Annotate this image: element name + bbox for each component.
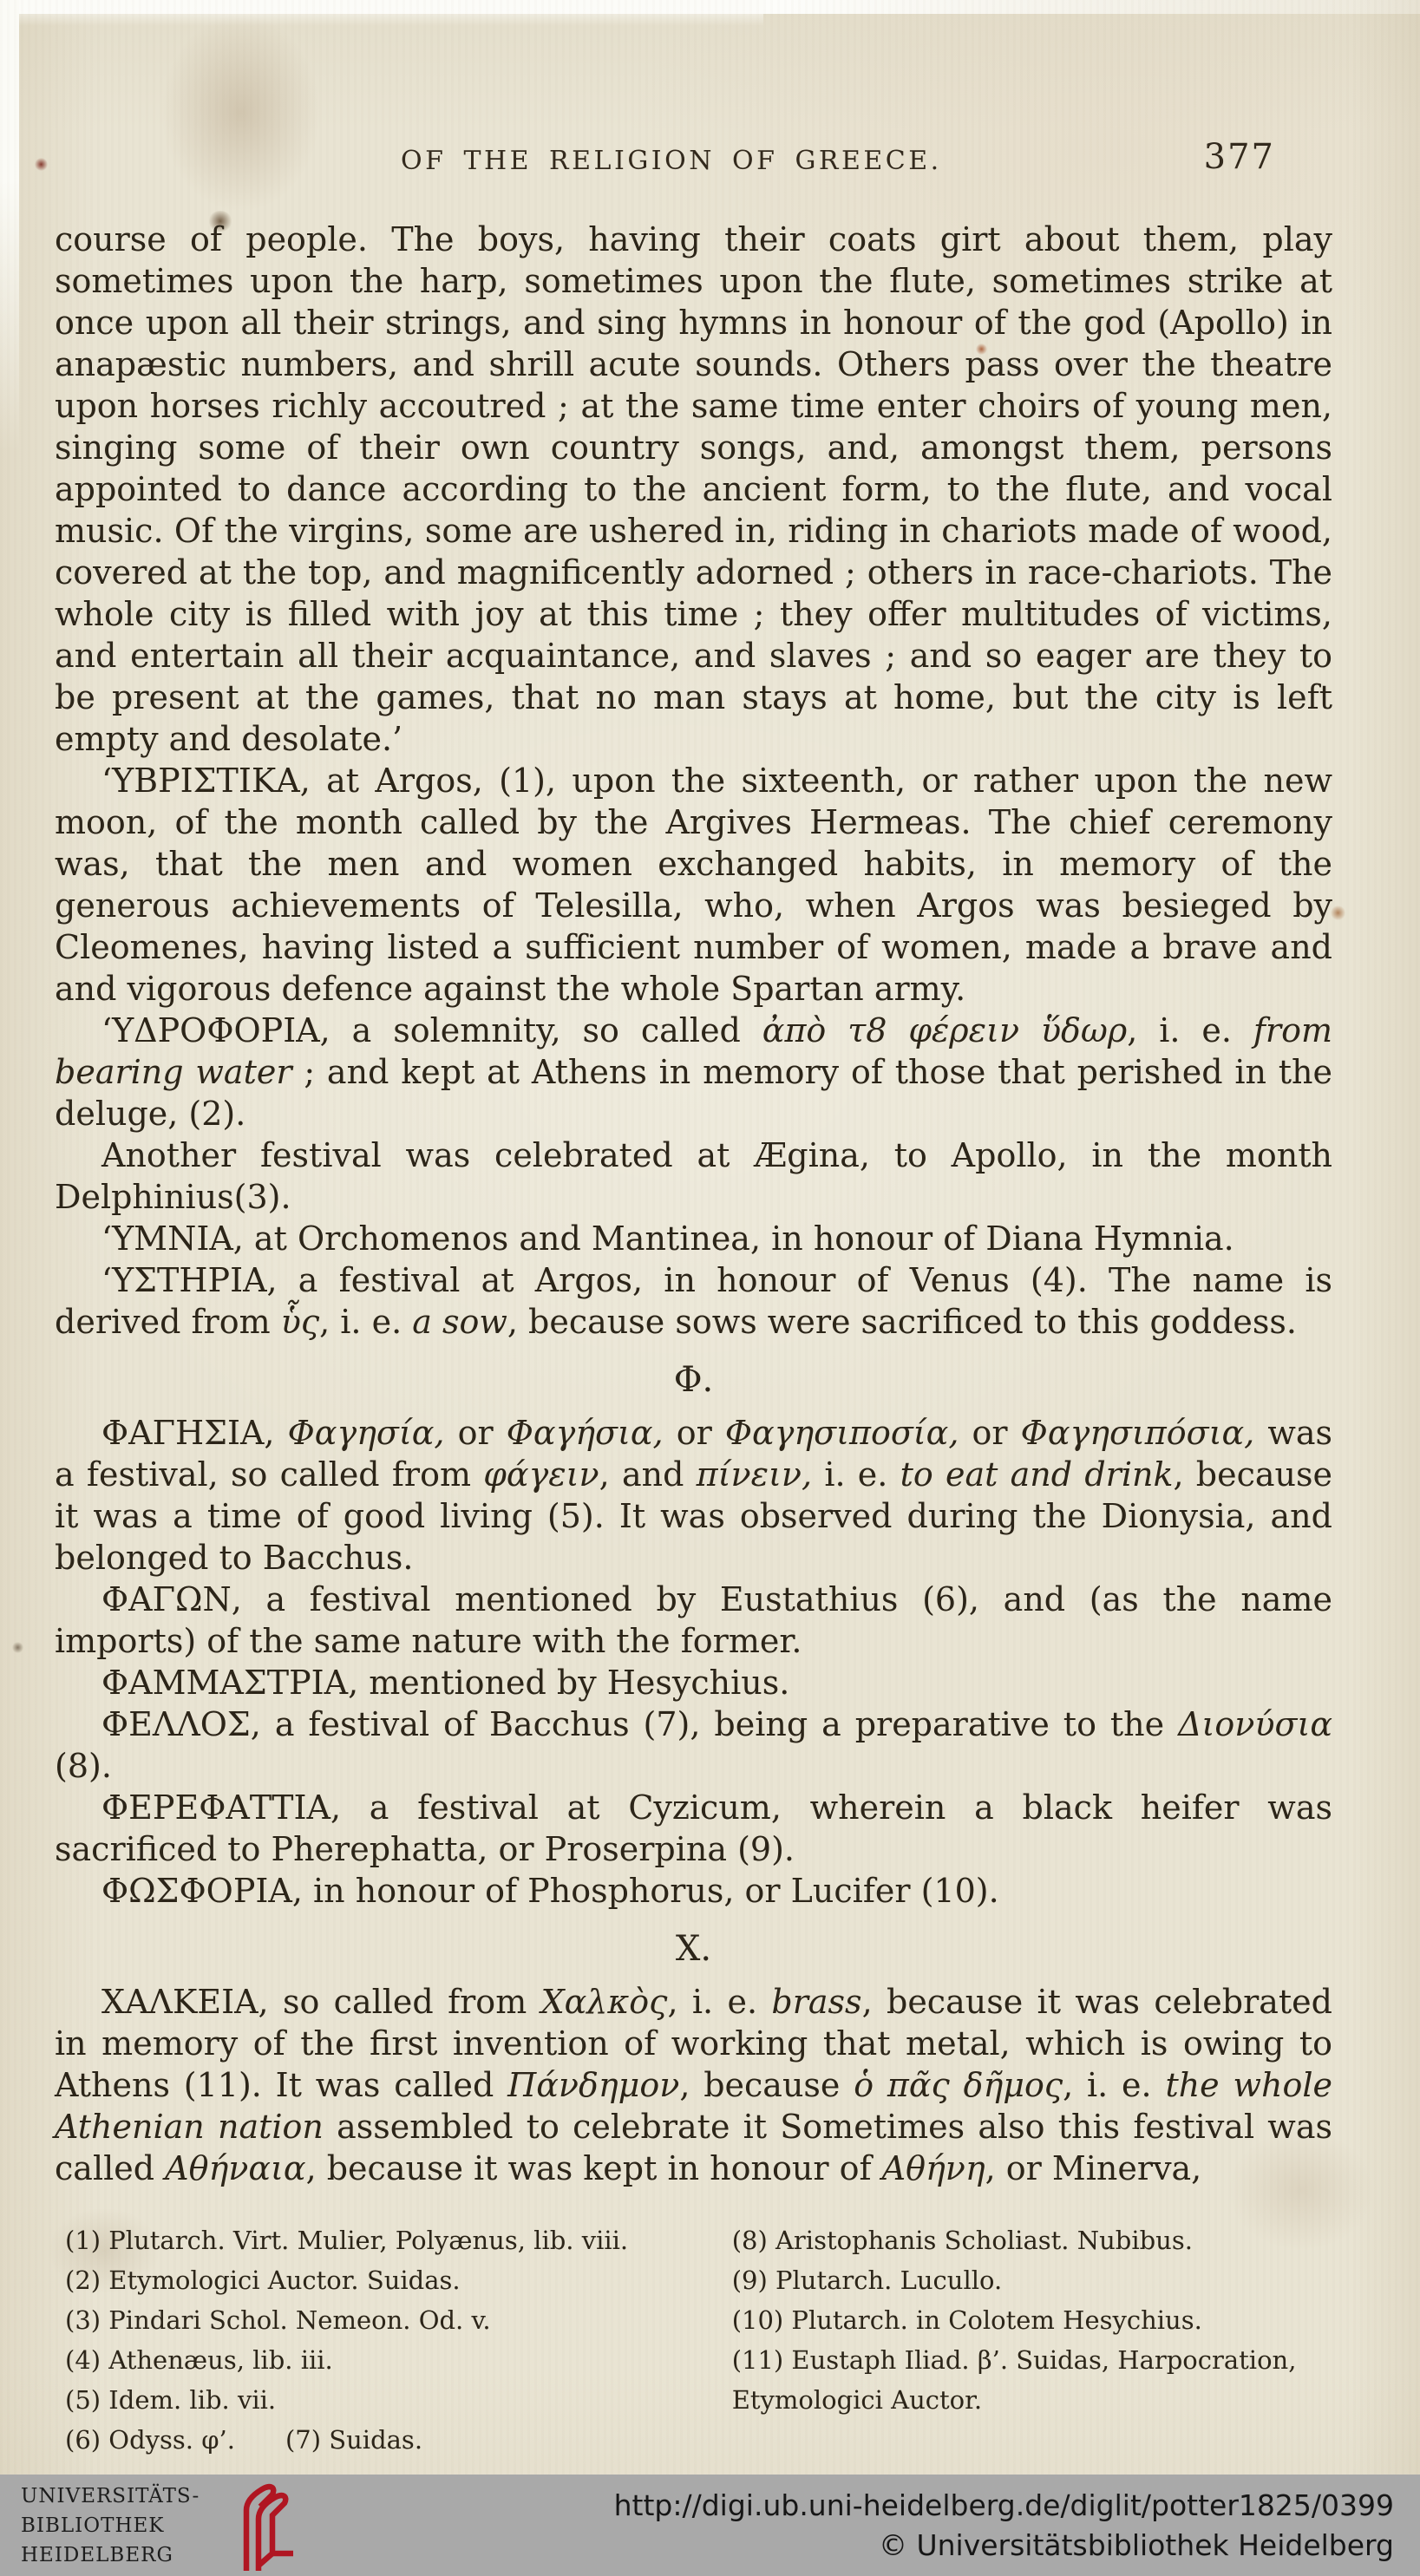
scan-edge-top-wedge bbox=[0, 0, 763, 26]
paragraph: ‘ΥΣΤΗΡΙΑ, a festival at Argos, in honour… bbox=[55, 1259, 1332, 1343]
footnotes-left: (1) Plutarch. Virt. Mulier, Polyænus, li… bbox=[55, 2220, 732, 2460]
footnote: (9) Plutarch. Lucullo. bbox=[732, 2260, 1332, 2300]
paragraph: ΧΑΛΚΕΙΑ, so called from Χαλκὸς, i. e. br… bbox=[55, 1981, 1332, 2189]
footnote: Etymologici Auctor. bbox=[732, 2380, 1332, 2420]
page-body: course of people. The boys, having their… bbox=[55, 219, 1332, 2537]
library-identity: UNIVERSITÄTS- BIBLIOTHEK HEIDELBERG bbox=[21, 2475, 295, 2576]
paragraph: ‘ΥΔΡΟΦΟΡΙΑ, a solemnity, so called ἀπὸ τ… bbox=[55, 1010, 1332, 1134]
text-blocks: course of people. The boys, having their… bbox=[55, 219, 1332, 2189]
paragraph: ‘ΥΜΝΙΑ, at Orchomenos and Mantinea, in h… bbox=[55, 1218, 1332, 1259]
library-footer-bar: UNIVERSITÄTS- BIBLIOTHEK HEIDELBERG http… bbox=[0, 2475, 1420, 2576]
footnote: (3) Pindari Schol. Nemeon. Od. v. bbox=[65, 2300, 732, 2340]
footnote: (8) Aristophanis Scholiast. Nubibus. bbox=[732, 2220, 1332, 2260]
paper-stain bbox=[1331, 906, 1345, 920]
paper-stain bbox=[160, 13, 321, 212]
paragraph: ΦΑΓΗΣΙΑ, Φαγησία, or Φαγήσια, or Φαγησιπ… bbox=[55, 1412, 1332, 1579]
paragraph: ΦΑΓΩΝ, a festival mentioned by Eustathiu… bbox=[55, 1579, 1332, 1662]
paragraph: ΦΩΣΦΟΡΙΑ, in honour of Phosphorus, or Lu… bbox=[55, 1870, 1332, 1912]
library-name-line: UNIVERSITÄTS- bbox=[21, 2481, 200, 2511]
paragraph: ΦΑΜΜΑΣΤΡΙΑ, mentioned by Hesychius. bbox=[55, 1662, 1332, 1703]
book-page: OF THE RELIGION OF GREECE. 377 course of… bbox=[0, 0, 1420, 2475]
library-logo-icon bbox=[219, 2481, 295, 2573]
copyright-notice: © Universitätsbibliothek Heidelberg bbox=[614, 2526, 1394, 2566]
running-head: OF THE RELIGION OF GREECE. bbox=[401, 146, 942, 176]
scanned-page-viewer: OF THE RELIGION OF GREECE. 377 course of… bbox=[0, 0, 1420, 2576]
page-number: 377 bbox=[1204, 137, 1275, 177]
paragraph: Another festival was celebrated at Ægina… bbox=[55, 1134, 1332, 1218]
footnote: (1) Plutarch. Virt. Mulier, Polyænus, li… bbox=[65, 2220, 732, 2260]
footnote: (4) Athenæus, lib. iii. bbox=[65, 2340, 732, 2380]
footnote: (6) Odyss. φ’. (7) Suidas. bbox=[65, 2420, 732, 2460]
footnote: (5) Idem. lib. vii. bbox=[65, 2380, 732, 2420]
section-heading: X. bbox=[55, 1929, 1332, 1969]
library-name: UNIVERSITÄTS- BIBLIOTHEK HEIDELBERG bbox=[21, 2481, 200, 2570]
scan-edge-left bbox=[0, 0, 19, 451]
paragraph: ΦΕΛΛΟΣ, a festival of Bacchus (7), being… bbox=[55, 1703, 1332, 1787]
footnote: (2) Etymologici Auctor. Suidas. bbox=[65, 2260, 732, 2300]
paragraph: course of people. The boys, having their… bbox=[55, 219, 1332, 760]
section-heading: Φ. bbox=[55, 1360, 1332, 1400]
library-name-line: HEIDELBERG bbox=[21, 2540, 200, 2570]
paper-stain bbox=[12, 1642, 23, 1653]
footnote: (10) Plutarch. in Colotem Hesychius. bbox=[732, 2300, 1332, 2340]
footnotes-right: (8) Aristophanis Scholiast. Nubibus.(9) … bbox=[732, 2220, 1332, 2460]
paragraph: ΦΕΡΕΦΑΤΤΙΑ, a festival at Cyzicum, where… bbox=[55, 1787, 1332, 1870]
paper-stain bbox=[35, 158, 48, 171]
viewer-footer-text: http://digi.ub.uni-heidelberg.de/diglit/… bbox=[614, 2486, 1394, 2566]
document-url: http://digi.ub.uni-heidelberg.de/diglit/… bbox=[614, 2486, 1394, 2526]
library-name-line: BIBLIOTHEK bbox=[21, 2511, 200, 2540]
footnotes: (1) Plutarch. Virt. Mulier, Polyænus, li… bbox=[55, 2220, 1332, 2460]
paragraph: ‘ΥΒΡΙΣΤΙΚΑ, at Argos, (1), upon the sixt… bbox=[55, 760, 1332, 1010]
scan-edge-top bbox=[0, 0, 1420, 14]
footnote: (11) Eustaph Iliad. β’. Suidas, Harpocra… bbox=[732, 2340, 1332, 2380]
